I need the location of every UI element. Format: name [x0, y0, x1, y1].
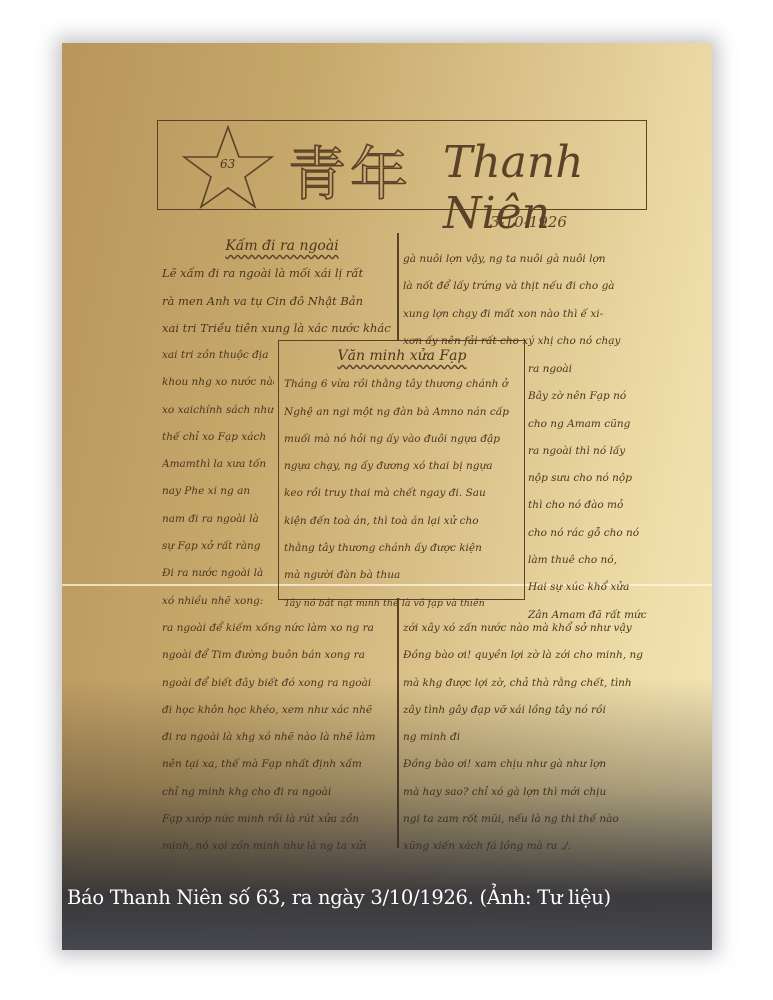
text-line: xó nhiều nhẽ xong:	[162, 588, 274, 615]
text-line: là nốt để lấy trứng và thịt nếu đi cho g…	[403, 273, 653, 300]
text-line: Tây nó bắt nạt minh thế là vô fạp và thi…	[284, 590, 520, 617]
text-line: mà khg được lợi zờ, chả thà rằng chết, t…	[403, 670, 653, 697]
text-line: xung lợn chạy đi mất xon nào thì ế xi-	[403, 301, 653, 328]
text-line: rà men Anh va tụ Cin đô Nhật Bản	[162, 288, 392, 315]
article-right: gà nuôi lợn vậy, ng ta nuôi gà nuôi lợn …	[403, 246, 653, 355]
masthead-box: 63 青年 Thanh Niên	[157, 120, 647, 210]
text-line: nam đi ra ngoài là	[162, 506, 274, 533]
column-divider-top	[397, 233, 399, 340]
text-line: xơn ấy nên fải rất cho xý xhị cho nó chạ…	[403, 328, 653, 355]
text-line: ngựa chạy, ng ấy đương xó thai bị ngựa	[284, 453, 520, 480]
article-right-bottom: zới xây xó zấn nước nào mà khổ sở như vậ…	[403, 615, 653, 861]
text-line: cho nó rác gỗ cho nó	[528, 520, 653, 547]
text-line: zới xây xó zấn nước nào mà khổ sở như vậ…	[403, 615, 653, 642]
text-line: đi học khôn học khéo, xem như xác nhẽ	[162, 697, 392, 724]
text-line: xai tri Triều tiên xung là xác nước khác	[162, 315, 392, 342]
text-line: minh, nó xoi zồn minh như là ng ta xửi	[162, 833, 392, 860]
article-center: Văn minh xửa Fạp Tháng 6 vừa rồi thằng t…	[284, 343, 520, 617]
text-line: Nghệ an ngi một ng đàn bà Amno nán cấp	[284, 399, 520, 426]
text-line: Đồng bào ơi! quyền lợi zờ là zới cho min…	[403, 642, 653, 669]
text-line: Tháng 6 vừa rồi thằng tây thương chánh ở	[284, 371, 520, 398]
newspaper-photo: 63 青年 Thanh Niên 3-10-1926 Kấm đi ra ngo…	[62, 43, 712, 950]
column-divider-bottom	[397, 598, 399, 848]
issue-number: 63	[220, 157, 235, 171]
chinese-title: 青年	[288, 127, 412, 211]
text-line: mà hay sao? chỉ xó gà lợn thì mới chịu	[403, 779, 653, 806]
text-line: Fạp xướp nức minh rồi là rút xửa zồn	[162, 806, 392, 833]
text-line: ra ngoài thì nó lấy	[528, 438, 653, 465]
text-line: Amamthì la xưa tốn	[162, 451, 274, 478]
text-line: gà nuôi lợn vậy, ng ta nuôi gà nuôi lợn	[403, 246, 653, 273]
text-line: nay Phe xi ng an	[162, 478, 274, 505]
text-line: cho ng Amam cũng	[528, 411, 653, 438]
text-line: ra ngoài	[528, 356, 653, 383]
text-line: Hai sự xúc khổ xửa	[528, 574, 653, 601]
text-line: Đồng bào ơi! xam chịu như gà như lợn	[403, 751, 653, 778]
text-line: keo rồi truy thai mà chết ngay đi. Sau	[284, 480, 520, 507]
text-line: Lẽ xấm đi ra ngoài là mối xái lị rất	[162, 260, 392, 287]
text-line: Bây zờ nên Fạp nó	[528, 383, 653, 410]
text-line: xo xaichính sách như	[162, 397, 274, 424]
article-left: Kấm đi ra ngoài Lẽ xấm đi ra ngoài là mố…	[162, 233, 392, 342]
article-right-narrow: ra ngoài Bây zờ nên Fạp nó cho ng Amam c…	[528, 356, 653, 629]
text-line: mà người đàn bà thua	[284, 562, 520, 589]
text-line: kiện đến toà án, thì toà án lại xử cho	[284, 508, 520, 535]
text-line: thì cho nó đào mỏ	[528, 492, 653, 519]
article-left-bottom: ra ngoài để kiếm xống nức làm xo ng ra n…	[162, 615, 392, 861]
photo-caption: Báo Thanh Niên số 63, ra ngày 3/10/1926.…	[67, 886, 707, 909]
text-line: ngi ta zam rốt mũi, nếu là ng thì thế nà…	[403, 806, 653, 833]
text-line: ngoài để biết đây biết đó xong ra ngoài	[162, 670, 392, 697]
text-line: nên tại xa, thế mà Fạp nhất định xấm	[162, 751, 392, 778]
text-line: ra ngoài để kiếm xống nức làm xo ng ra	[162, 615, 392, 642]
text-line: muối mà nó hỏi ng ấy vào đuôi ngựa đập	[284, 426, 520, 453]
text-line: đi ra ngoài là xhg xó nhẽ nào là nhẽ làm	[162, 724, 392, 751]
text-line: ng minh đi	[403, 724, 653, 751]
text-line: xũng xiến xách fá lồng mà ra ./.	[403, 833, 653, 860]
text-line: khou nhg xo nước nào	[162, 369, 274, 396]
text-line: zây tình gây đạp vỡ xái lồng tây nó rồi	[403, 697, 653, 724]
article-left-narrow: xai tri zồn thuộc địa khou nhg xo nước n…	[162, 342, 274, 615]
text-line: Đi ra nước ngoài là	[162, 560, 274, 587]
text-line: chỉ ng minh khg cho đi ra ngoài	[162, 779, 392, 806]
text-line: sự Fạp xở rất ràng	[162, 533, 274, 560]
text-line: làm thuê cho nó,	[528, 547, 653, 574]
text-line: thằng tây thương chánh ấy được kiện	[284, 535, 520, 562]
article-left-title: Kấm đi ra ngoài	[225, 238, 338, 254]
text-line: nộp sưu cho nó nộp	[528, 465, 653, 492]
issue-date: 3-10-1926	[490, 213, 567, 231]
text-line: ngoài để Tim đường buôn bán xong ra	[162, 642, 392, 669]
text-line: thế chỉ xo Fạp xách	[162, 424, 274, 451]
text-line: xai tri zồn thuộc địa	[162, 342, 274, 369]
